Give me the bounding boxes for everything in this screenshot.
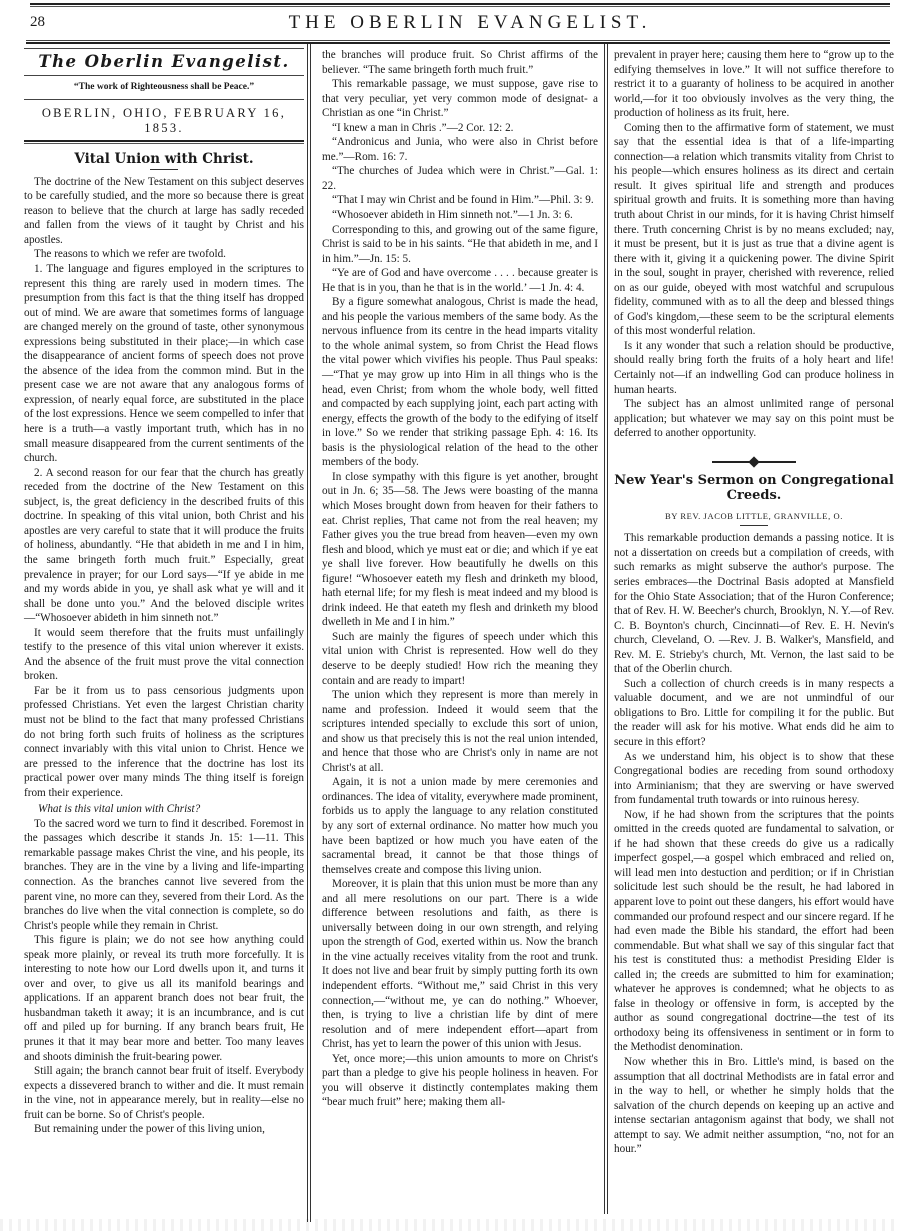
paragraph: The reasons to which we refer are twofol… xyxy=(24,247,304,262)
masthead: The Oberlin Evangelist. “The work of Rig… xyxy=(24,48,304,144)
scripture-quote: “Andronicus and Junia, who were also in … xyxy=(322,135,598,164)
paragraph: Far be it from us to pass censorious jud… xyxy=(24,684,304,800)
title-rule xyxy=(150,169,178,170)
paragraph: prevalent in prayer here; causing them h… xyxy=(614,48,894,121)
paragraph: Now whether this in Bro. Little's mind, … xyxy=(614,1055,894,1157)
top-rule xyxy=(30,3,890,7)
paragraph: In close sympathy with this figure is ye… xyxy=(322,470,598,630)
paragraph: Moreover, it is plain that this union mu… xyxy=(322,877,598,1052)
paragraph: Such a collection of church creeds is in… xyxy=(614,677,894,750)
paragraph: Still again; the branch cannot bear frui… xyxy=(24,1064,304,1122)
article-title-creeds: New Year's Sermon on Congregational Cree… xyxy=(614,473,894,503)
paragraph: But remaining under the power of this li… xyxy=(24,1122,304,1137)
paragraph: The doctrine of the New Testament on thi… xyxy=(24,175,304,248)
masthead-title: The Oberlin Evangelist. xyxy=(28,55,300,70)
paragraph: This figure is plain; we do not see how … xyxy=(24,933,304,1064)
article-title-vital-union: Vital Union with Christ. xyxy=(24,152,304,167)
column-2: the branches will produce fruit. So Chri… xyxy=(322,48,598,1110)
paragraph: the branches will produce fruit. So Chri… xyxy=(322,48,598,77)
paragraph: The subject has an almost unlimited rang… xyxy=(614,397,894,441)
paragraph: Coming then to the affirmative form of s… xyxy=(614,121,894,339)
running-head: THE OBERLIN EVANGELIST. xyxy=(0,12,900,34)
title-rule xyxy=(740,525,768,526)
scan-bleed-through xyxy=(0,1219,900,1231)
paragraph: Is it any wonder that such a relation sh… xyxy=(614,339,894,397)
column-3: prevalent in prayer here; causing them h… xyxy=(614,48,894,1157)
dateline: OBERLIN, OHIO, FEBRUARY 16, 1853. xyxy=(24,106,304,135)
paragraph: This remarkable production demands a pas… xyxy=(614,531,894,676)
paragraph: Again, it is not a union made by mere ce… xyxy=(322,775,598,877)
masthead-motto: “The work of Righteousness shall be Peac… xyxy=(24,80,304,95)
paragraph: Yet, once more;—this union amounts to mo… xyxy=(322,1052,598,1110)
paragraph: Now, if he had shown from the scriptures… xyxy=(614,808,894,1055)
scripture-quote: “That I may win Christ and be found in H… xyxy=(322,193,598,208)
byline: BY REV. JACOB LITTLE, GRANVILLE, O. xyxy=(614,509,894,524)
paragraph: To the sacred word we turn to find it de… xyxy=(24,817,304,933)
scripture-quote: “The churches of Judea which were in Chr… xyxy=(322,164,598,193)
column-divider-2 xyxy=(604,44,608,1214)
paragraph: It would seem therefore that the fruits … xyxy=(24,626,304,684)
ornament-divider-icon xyxy=(712,457,796,467)
divider xyxy=(24,99,304,100)
divider-double xyxy=(24,140,304,144)
scripture-quote: “I knew a man in Chris .”—2 Cor. 12: 2. xyxy=(322,121,598,136)
paragraph: The union which they represent is more t… xyxy=(322,688,598,775)
paragraph: 1. The language and figures employed in … xyxy=(24,262,304,466)
header-rule xyxy=(26,40,890,44)
column-divider-1 xyxy=(307,44,311,1222)
paragraph: Corresponding to this, and growing out o… xyxy=(322,223,598,267)
paragraph: Such are mainly the figures of speech un… xyxy=(322,630,598,688)
paragraph: 2. A second reason for our fear that the… xyxy=(24,466,304,626)
subheading: What is this vital union with Christ? xyxy=(38,802,304,817)
scripture-quote: “Ye are of God and have overcome . . . .… xyxy=(322,266,598,295)
paragraph: By a figure somewhat analogous, Christ i… xyxy=(322,295,598,470)
divider xyxy=(24,75,304,76)
column-1: The Oberlin Evangelist. “The work of Rig… xyxy=(24,48,304,1137)
paragraph: As we understand him, his object is to s… xyxy=(614,750,894,808)
paragraph: This remarkable passage, we must suppose… xyxy=(322,77,598,121)
scripture-quote: “Whosoever abideth in Him sinneth not.”—… xyxy=(322,208,598,223)
